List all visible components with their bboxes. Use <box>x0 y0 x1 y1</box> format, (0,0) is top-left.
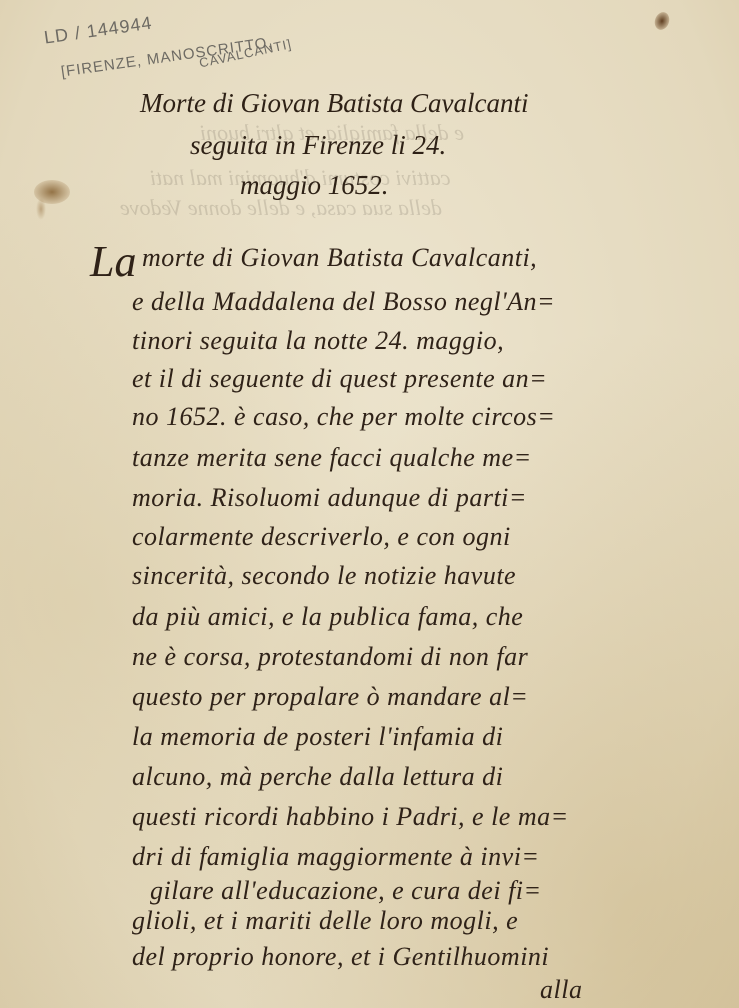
body-line: no 1652. è caso, che per molte circos= <box>132 402 555 432</box>
body-line: morte di Giovan Batista Cavalcanti, <box>142 243 537 273</box>
body-line: tanze merita sene facci qualche me= <box>132 443 532 473</box>
body-line: et il di seguente di quest presente an= <box>132 364 547 394</box>
heading-line-3: maggio 1652. <box>240 170 389 201</box>
body-line: gilare all'educazione, e cura dei fi= <box>150 876 542 906</box>
body-line: e della Maddalena del Bosso negl'An= <box>132 287 555 317</box>
heading-line-2: seguita in Firenze li 24. <box>190 130 446 161</box>
body-line: moria. Risoluomi adunque di parti= <box>132 483 527 513</box>
catchword: alla <box>540 975 582 1005</box>
heading-line-1: Morte di Giovan Batista Cavalcanti <box>140 88 528 119</box>
body-line: sincerità, secondo le notizie havute <box>132 561 516 591</box>
body-line: alcuno, mà perche dalla lettura di <box>132 762 503 792</box>
manuscript-page: LD / 144944 [FIRENZE, MANOSCRITTO, CAVAL… <box>0 0 739 1008</box>
body-line: dri di famiglia maggiormente à invi= <box>132 842 539 872</box>
shelfmark: LD / 144944 <box>43 13 154 49</box>
body-line: colarmente descriverlo, e con ogni <box>132 522 511 552</box>
decorated-initial: La <box>90 236 136 287</box>
body-line: tinori seguita la notte 24. maggio, <box>132 326 504 356</box>
ink-stain-tail <box>36 198 46 220</box>
ink-spot <box>652 10 671 32</box>
body-line: da più amici, e la publica fama, che <box>132 602 523 632</box>
body-line: questi ricordi habbino i Padri, e le ma= <box>132 802 569 832</box>
body-line: glioli, et i mariti delle loro mogli, e <box>132 906 518 936</box>
body-line: questo per propalare ò mandare al= <box>132 682 528 712</box>
body-line: la memoria de posteri l'infamia di <box>132 722 503 752</box>
body-line: ne è corsa, protestandomi di non far <box>132 642 528 672</box>
body-line: del proprio honore, et i Gentilhuomini <box>132 942 549 972</box>
